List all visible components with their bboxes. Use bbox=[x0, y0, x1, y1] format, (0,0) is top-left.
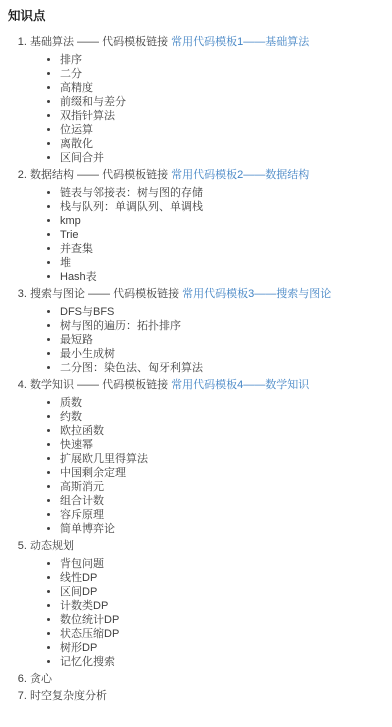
topic-list: 质数 约数 欧拉函数 快速幂 扩展欧几里得算法 中国剩余定理 高斯消元 组合计数… bbox=[30, 396, 384, 536]
section-item-complexity-analysis: 时空复杂度分析 bbox=[30, 689, 384, 703]
topic-item: 栈与队列：单调队列、单调栈 bbox=[60, 200, 384, 214]
topic-item: 扩展欧几里得算法 bbox=[60, 452, 384, 466]
topic-item: kmp bbox=[60, 214, 384, 228]
section-title: 时空复杂度分析 bbox=[30, 690, 107, 702]
section-title: 动态规划 bbox=[30, 540, 74, 552]
topic-item: 双指针算法 bbox=[60, 109, 384, 123]
topic-item: 数位统计DP bbox=[60, 613, 384, 627]
topic-item: 位运算 bbox=[60, 123, 384, 137]
topic-item: 二分图：染色法、匈牙利算法 bbox=[60, 361, 384, 375]
section-title: 基础算法 —— 代码模板链接 bbox=[30, 36, 168, 48]
topic-item: 排序 bbox=[60, 53, 384, 67]
topic-item: 堆 bbox=[60, 256, 384, 270]
topic-item: 背包问题 bbox=[60, 557, 384, 571]
topic-list: 排序 二分 高精度 前缀和与差分 双指针算法 位运算 离散化 区间合并 bbox=[30, 53, 384, 165]
section-title: 数学知识 —— 代码模板链接 bbox=[30, 379, 168, 391]
topic-item: Hash表 bbox=[60, 270, 384, 284]
topic-item: 前缀和与差分 bbox=[60, 95, 384, 109]
topic-list: 链表与邻接表：树与图的存储 栈与队列：单调队列、单调栈 kmp Trie 并查集… bbox=[30, 186, 384, 284]
topic-item: 约数 bbox=[60, 410, 384, 424]
topic-item: 状态压缩DP bbox=[60, 627, 384, 641]
topic-item: 树与图的遍历：拓扑排序 bbox=[60, 319, 384, 333]
topic-item: 欧拉函数 bbox=[60, 424, 384, 438]
knowledge-list: 基础算法 —— 代码模板链接常用代码模板1——基础算法 排序 二分 高精度 前缀… bbox=[8, 35, 384, 703]
template-link-4[interactable]: 常用代码模板4——数学知识 bbox=[171, 379, 309, 391]
topic-list: DFS与BFS 树与图的遍历：拓扑排序 最短路 最小生成树 二分图：染色法、匈牙… bbox=[30, 305, 384, 375]
topic-item: 区间合并 bbox=[60, 151, 384, 165]
topic-item: 记忆化搜索 bbox=[60, 655, 384, 669]
topic-list: 背包问题 线性DP 区间DP 计数类DP 数位统计DP 状态压缩DP 树形DP … bbox=[30, 557, 384, 669]
section-title: 数据结构 —— 代码模板链接 bbox=[30, 169, 168, 181]
template-link-2[interactable]: 常用代码模板2——数据结构 bbox=[171, 169, 309, 181]
topic-item: 线性DP bbox=[60, 571, 384, 585]
topic-item: 树形DP bbox=[60, 641, 384, 655]
topic-item: 计数类DP bbox=[60, 599, 384, 613]
topic-item: 中国剩余定理 bbox=[60, 466, 384, 480]
template-link-3[interactable]: 常用代码模板3——搜索与图论 bbox=[182, 288, 331, 300]
section-title: 贪心 bbox=[30, 673, 52, 685]
topic-item: 简单博弈论 bbox=[60, 522, 384, 536]
section-title: 搜索与图论 —— 代码模板链接 bbox=[30, 288, 179, 300]
topic-item: 二分 bbox=[60, 67, 384, 81]
topic-item: 高精度 bbox=[60, 81, 384, 95]
topic-item: 质数 bbox=[60, 396, 384, 410]
topic-item: 容斥原理 bbox=[60, 508, 384, 522]
topic-item: 组合计数 bbox=[60, 494, 384, 508]
topic-item: 链表与邻接表：树与图的存储 bbox=[60, 186, 384, 200]
section-item-basic-algorithms: 基础算法 —— 代码模板链接常用代码模板1——基础算法 排序 二分 高精度 前缀… bbox=[30, 35, 384, 165]
topic-item: 最短路 bbox=[60, 333, 384, 347]
topic-item: 最小生成树 bbox=[60, 347, 384, 361]
section-item-search-graph: 搜索与图论 —— 代码模板链接常用代码模板3——搜索与图论 DFS与BFS 树与… bbox=[30, 287, 384, 375]
topic-item: Trie bbox=[60, 228, 384, 242]
section-item-dynamic-programming: 动态规划 背包问题 线性DP 区间DP 计数类DP 数位统计DP 状态压缩DP … bbox=[30, 539, 384, 669]
section-item-math: 数学知识 —— 代码模板链接常用代码模板4——数学知识 质数 约数 欧拉函数 快… bbox=[30, 378, 384, 536]
topic-item: 离散化 bbox=[60, 137, 384, 151]
topic-item: DFS与BFS bbox=[60, 305, 384, 319]
topic-item: 并查集 bbox=[60, 242, 384, 256]
page-title: 知识点 bbox=[8, 9, 384, 24]
topic-item: 高斯消元 bbox=[60, 480, 384, 494]
template-link-1[interactable]: 常用代码模板1——基础算法 bbox=[171, 36, 309, 48]
section-item-data-structures: 数据结构 —— 代码模板链接常用代码模板2——数据结构 链表与邻接表：树与图的存… bbox=[30, 168, 384, 284]
topic-item: 区间DP bbox=[60, 585, 384, 599]
section-item-greedy: 贪心 bbox=[30, 672, 384, 686]
topic-item: 快速幂 bbox=[60, 438, 384, 452]
